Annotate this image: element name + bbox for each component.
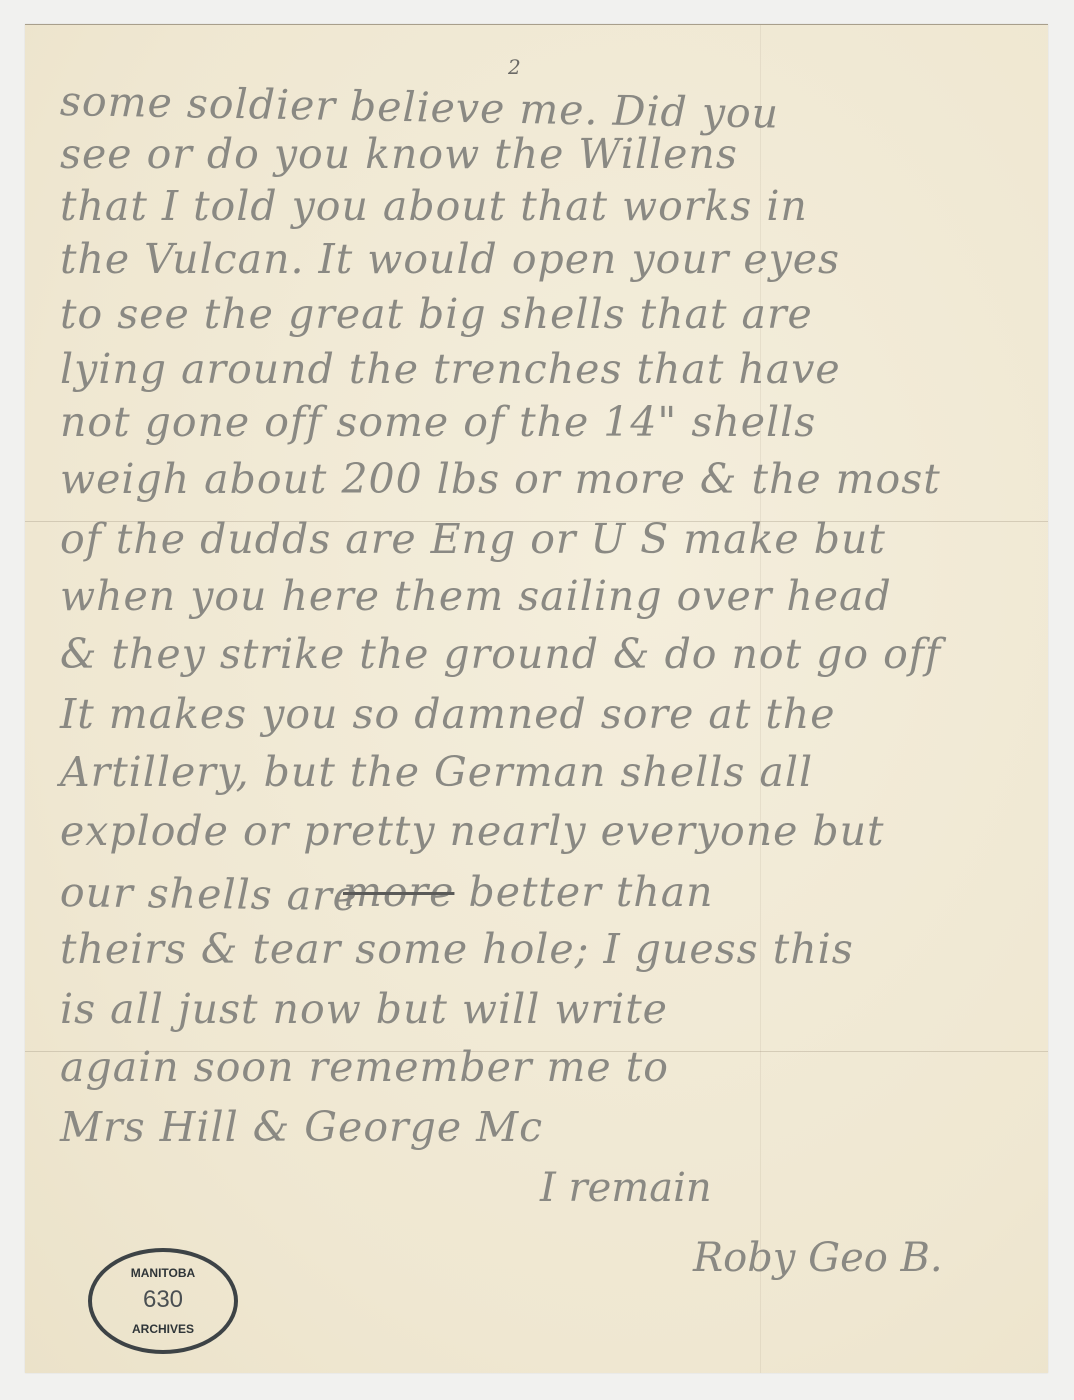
handwritten-line: theirs & tear some hole; I guess this xyxy=(60,925,854,973)
handwritten-line: is all just now but will write xyxy=(60,985,668,1033)
handwritten-line: to see the great big shells that are xyxy=(60,290,813,338)
handwritten-line: explode or pretty nearly everyone but xyxy=(60,807,885,855)
handwritten-line: weigh about 200 lbs or more & the most xyxy=(60,455,941,503)
stamp-bottom-text: ARCHIVES xyxy=(92,1322,234,1336)
archive-stamp: MANITOBA 630 ARCHIVES xyxy=(88,1248,238,1354)
page-number: 2 xyxy=(508,55,521,79)
handwritten-line: the Vulcan. It would open your eyes xyxy=(60,235,840,283)
signature: Roby Geo B. xyxy=(693,1235,943,1281)
stamp-number: 630 xyxy=(92,1286,234,1314)
closing-phrase: I remain xyxy=(540,1165,712,1211)
handwritten-line: It makes you so damned sore at the xyxy=(60,690,835,738)
handwritten-line: see or do you know the Willens xyxy=(60,130,738,178)
handwritten-line: Artillery, but the German shells all xyxy=(60,748,813,796)
handwritten-line: again soon remember me to xyxy=(60,1043,669,1091)
handwritten-line: & they strike the ground & do not go off xyxy=(60,630,941,678)
handwritten-line-continuation: more better than xyxy=(343,868,714,916)
handwritten-line: our shells are xyxy=(60,868,359,920)
stamp-top-text: MANITOBA xyxy=(92,1266,234,1280)
handwritten-line: not gone off some of the 14" shells xyxy=(60,398,816,446)
struck-word: more xyxy=(343,868,454,916)
handwritten-line: that I told you about that works in xyxy=(60,182,808,230)
handwritten-line: of the dudds are Eng or U S make but xyxy=(60,515,886,563)
letter-page: 2 some soldier believe me. Did you see o… xyxy=(25,24,1048,1373)
handwritten-line: some soldier believe me. Did you xyxy=(60,77,780,138)
handwritten-line: Mrs Hill & George Mc xyxy=(60,1103,543,1151)
handwritten-line: lying around the trenches that have xyxy=(60,345,841,393)
line-text: better than xyxy=(454,868,713,916)
handwritten-line: when you here them sailing over head xyxy=(60,572,892,620)
